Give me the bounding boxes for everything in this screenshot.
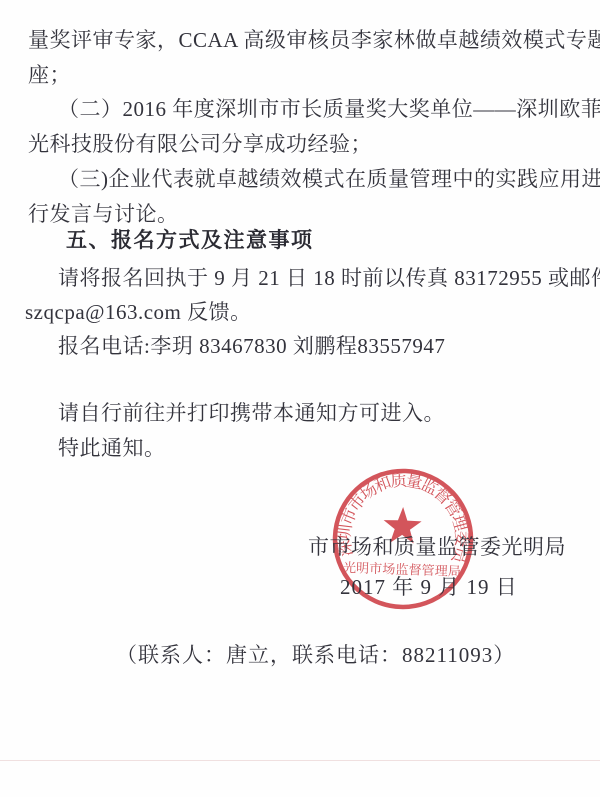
agenda-item-3-line-2: 行发言与讨论。 [28,201,179,227]
scan-artifact-line [0,760,600,761]
signature-date: 2017 年 9 月 19 日 [340,574,518,600]
body-paragraph-continuation-line-2: 座； [28,62,71,88]
closing-line: 特此通知。 [58,435,166,461]
contact-info-line: （联系人：唐立，联系电话：88211093） [116,642,515,668]
section-5-heading: 五、报名方式及注意事项 [66,228,314,254]
scanned-notice-page: 量奖评审专家，CCAA 高级审核员李家林做卓越绩效模式专题讲 座； （二）201… [0,0,600,797]
entry-notice-line: 请自行前往并打印携带本通知方可进入。 [58,400,445,426]
body-paragraph-continuation-line-1: 量奖评审专家，CCAA 高级审核员李家林做卓越绩效模式专题讲 [28,27,600,53]
agenda-item-2-line-1: （二）2016 年度深圳市市长质量奖大奖单位——深圳欧菲 [58,96,600,122]
agenda-item-3-line-1: （三)企业代表就卓越绩效模式在质量管理中的实践应用进 [58,166,600,192]
signup-phone-line: 报名电话:李玥 83467830 刘鹏程83557947 [58,333,445,359]
signature-issuer: 市市场和质量监管委光明局 [308,534,566,560]
signup-instructions-line-1: 请将报名回执于 9 月 21 日 18 时前以传真 83172955 或邮件 [58,265,600,291]
agenda-item-2-line-2: 光科技股份有限公司分享成功经验； [28,131,372,157]
signup-instructions-line-2: szqcpa@163.com 反馈。 [25,299,252,325]
